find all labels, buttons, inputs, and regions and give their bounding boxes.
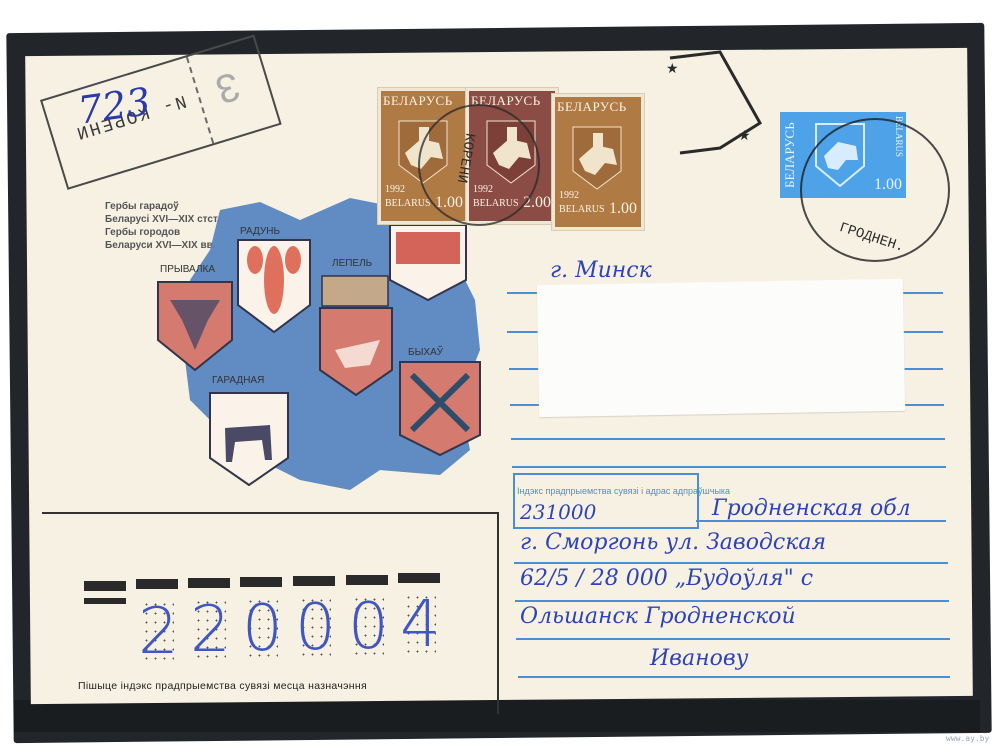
postcode-guide-bar xyxy=(293,576,335,586)
postcode-guide-bar xyxy=(136,579,178,589)
address-line xyxy=(514,562,948,564)
stamp-year: 1992 xyxy=(559,190,579,201)
sender-index: 231000 xyxy=(520,500,596,524)
svg-text:БЫХАЎ: БЫХАЎ xyxy=(408,345,444,358)
knight-rider-icon xyxy=(320,276,392,395)
postcode-digit: 0 xyxy=(348,595,389,659)
svg-text:★: ★ xyxy=(738,127,751,143)
sender-line-4: Ольшанск Гродненской xyxy=(520,604,796,629)
sender-line-3: 62/5 / 28 000 „Будоўля" с xyxy=(520,566,813,591)
svg-text:ПРЫВАЛКА: ПРЫВАЛКА xyxy=(160,264,215,275)
site-watermark: www.ay.by xyxy=(946,734,989,743)
sender-label: Індэкс прадпрыемства сувязі і адрас адпр… xyxy=(517,486,730,496)
belarus-map: ПРЫВАЛКА РАДУНЬ ЛЕПЕЛЬ БЫХАЎ ГАРАДНАЯ xyxy=(150,190,490,490)
stamp-country: БЕЛАРУСЬ xyxy=(383,93,453,109)
sender-line-2: г. Сморгонь ул. Заводская xyxy=(520,530,826,555)
elk-icon xyxy=(210,393,288,485)
address-line xyxy=(516,638,950,640)
address-line xyxy=(518,676,950,678)
stamp-value: 1.00 xyxy=(609,200,637,218)
postcode-guide-bar xyxy=(346,575,388,585)
postcode-guide-bar xyxy=(240,577,282,587)
postmark-circle xyxy=(418,104,540,226)
postcode-digit: 0 xyxy=(242,597,283,661)
sender-line-5: Иванову xyxy=(650,646,748,671)
stamp-3: БЕЛАРУСЬ 1992 BELARUS 1.00 xyxy=(552,94,644,230)
address-line xyxy=(511,438,945,440)
hexagonal-cancel-mark: ★ ★ xyxy=(660,48,770,178)
postcode-guide-bar xyxy=(398,573,440,583)
svg-text:ЛЕПЕЛЬ: ЛЕПЕЛЬ xyxy=(332,258,373,269)
postcode-guide-bar xyxy=(84,598,126,604)
postcode-digit: 2 xyxy=(190,598,231,662)
knight-rider-icon xyxy=(565,119,629,195)
postcode-digit: 0 xyxy=(295,596,336,660)
svg-text:РАДУНЬ: РАДУНЬ xyxy=(240,226,280,237)
address-label-patch xyxy=(537,279,905,417)
postcode-guide-bar xyxy=(84,581,126,591)
recipient-city: г. Минск xyxy=(550,258,652,283)
address-line xyxy=(515,600,949,602)
svg-text:★: ★ xyxy=(666,60,679,76)
sender-line-1: Гродненская обл xyxy=(712,496,911,521)
postcode-digit: 4 xyxy=(400,593,441,657)
postcode-guide-bar xyxy=(188,578,230,588)
printed-stamp-country: БЕЛАРУСЬ xyxy=(782,114,802,196)
stamp-latin: BELARUS xyxy=(559,204,605,215)
crossed-cannons-icon xyxy=(400,362,480,455)
postcode-digit: 2 xyxy=(138,600,179,664)
stamp-country: БЕЛАРУСЬ xyxy=(557,99,627,115)
postcode-instruction: Пішыце індэкс прадпрыемства сувязі месца… xyxy=(78,680,367,692)
address-line xyxy=(696,520,946,522)
sender-top-line xyxy=(512,466,946,468)
registration-box-number: 3 xyxy=(210,62,244,112)
svg-text:ГАРАДНАЯ: ГАРАДНАЯ xyxy=(212,375,264,386)
stamp-latin: BELARUS xyxy=(385,198,431,209)
stamp-year: 1992 xyxy=(385,184,405,195)
